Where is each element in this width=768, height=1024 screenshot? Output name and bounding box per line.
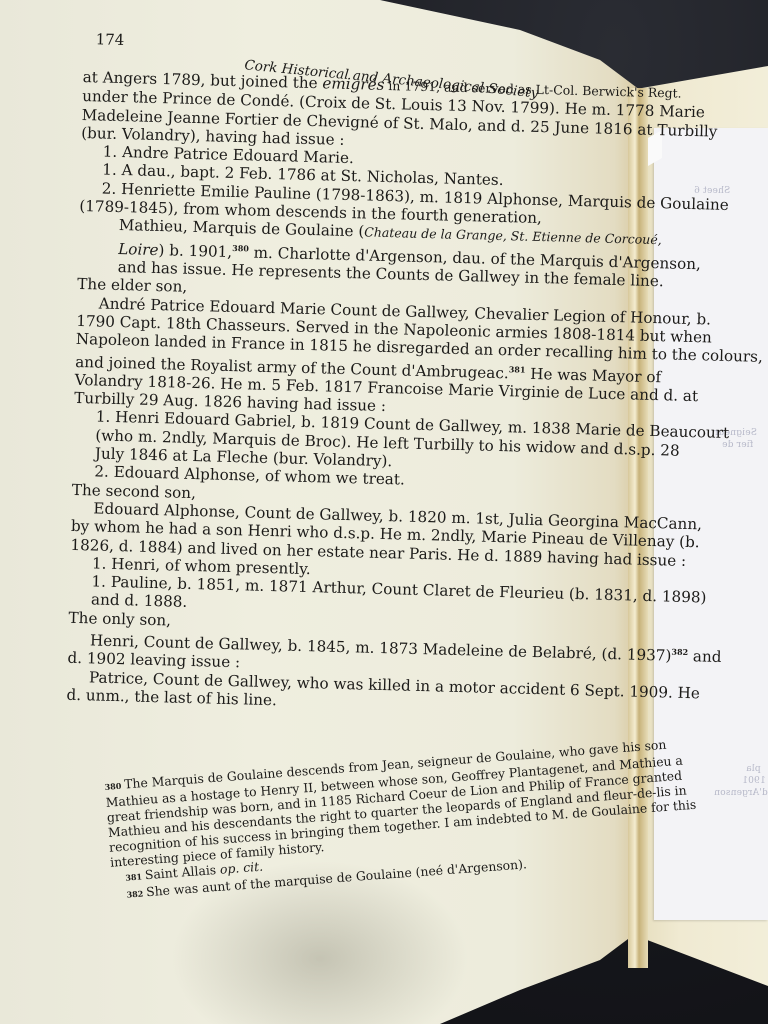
ghost-text: d'Argenson — [714, 788, 768, 798]
ghost-text: 1901 — [742, 776, 766, 786]
footnote-ref-382: 382 — [671, 647, 688, 657]
page-number: 174 — [95, 30, 124, 49]
footnote-ref-381: 381 — [509, 364, 526, 374]
ghost-text: pla — [746, 764, 761, 774]
footnote-ref-380: 380 — [232, 243, 249, 253]
body-text: at Angers 1789, but joined the emigrés i… — [66, 68, 642, 719]
